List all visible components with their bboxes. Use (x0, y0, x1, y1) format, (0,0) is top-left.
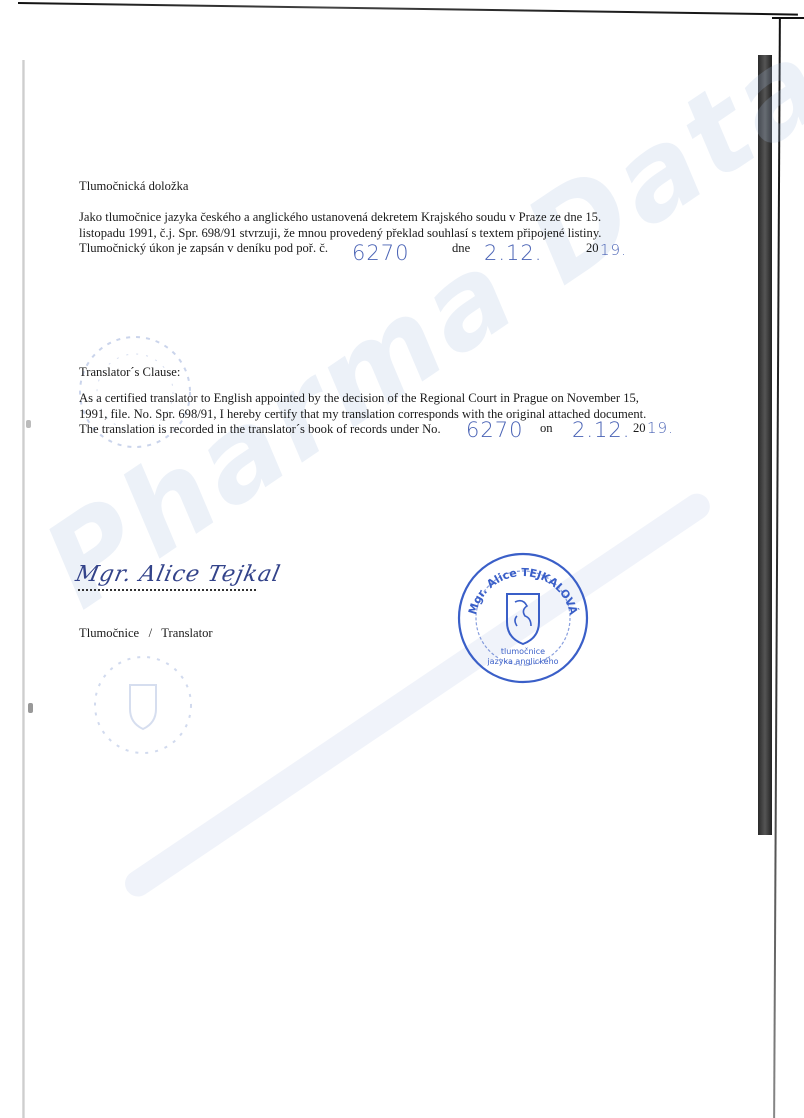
english-clause-line: As a certified translator to English app… (79, 391, 699, 407)
czech-clause-line: Jako tlumočnice jazyka českého a anglick… (79, 210, 679, 226)
scan-left-notch (28, 703, 33, 713)
watermark-underline (120, 489, 715, 902)
czech-year-printed: 20 (586, 241, 599, 257)
scan-left-notch (26, 420, 31, 428)
czech-date: 2.12. (484, 241, 542, 265)
official-stamp-icon: Mgr. Alice TEJKALOVÁ tlumočnice jazyka a… (455, 550, 591, 686)
svg-text:Mgr. Alice TEJKALOVÁ: Mgr. Alice TEJKALOVÁ (466, 566, 580, 617)
english-year-printed: 20 (633, 421, 646, 437)
english-record-number: 6270 (466, 418, 523, 442)
stamp-bottom-line1: tlumočnice (501, 646, 545, 656)
czech-clause-line: listopadu 1991, č.j. Spr. 698/91 stvrzuj… (79, 226, 679, 242)
signature-line (78, 589, 256, 591)
czech-record-prefix: Tlumočnický úkon je zapsán v deníku pod … (79, 241, 328, 255)
document-page: Pharma Data s.r.o. Tlumočnická doložka J… (0, 0, 804, 1118)
czech-clause-title: Tlumočnická doložka (79, 179, 188, 195)
stamp-top-text: Mgr. Alice TEJKALOVÁ (466, 566, 580, 617)
scan-left-edge (22, 60, 25, 1118)
signature-role: Tlumočnice / Translator (79, 626, 213, 641)
english-year-handwritten: 19. (647, 419, 674, 437)
stamp-bottom-line2: jazyka anglického (486, 656, 558, 666)
english-date: 2.12. (572, 418, 630, 442)
scan-right-edge (773, 18, 781, 1118)
scan-top-edge (18, 2, 798, 16)
faded-stamp-icon (88, 650, 198, 760)
scan-binding-bar (758, 55, 772, 835)
handwritten-signature: Mgr. Alice Tejkal (73, 562, 283, 587)
watermark: Pharma Data s.r.o. (20, 17, 804, 635)
czech-year-handwritten: 19. (600, 241, 627, 259)
english-record-prefix: The translation is recorded in the trans… (79, 422, 441, 436)
czech-date-label: dne (452, 241, 470, 257)
english-date-label: on (540, 421, 553, 437)
scan-right-cap (772, 17, 804, 19)
czech-record-number: 6270 (352, 241, 409, 265)
english-clause-title: Translator´s Clause: (79, 365, 180, 381)
